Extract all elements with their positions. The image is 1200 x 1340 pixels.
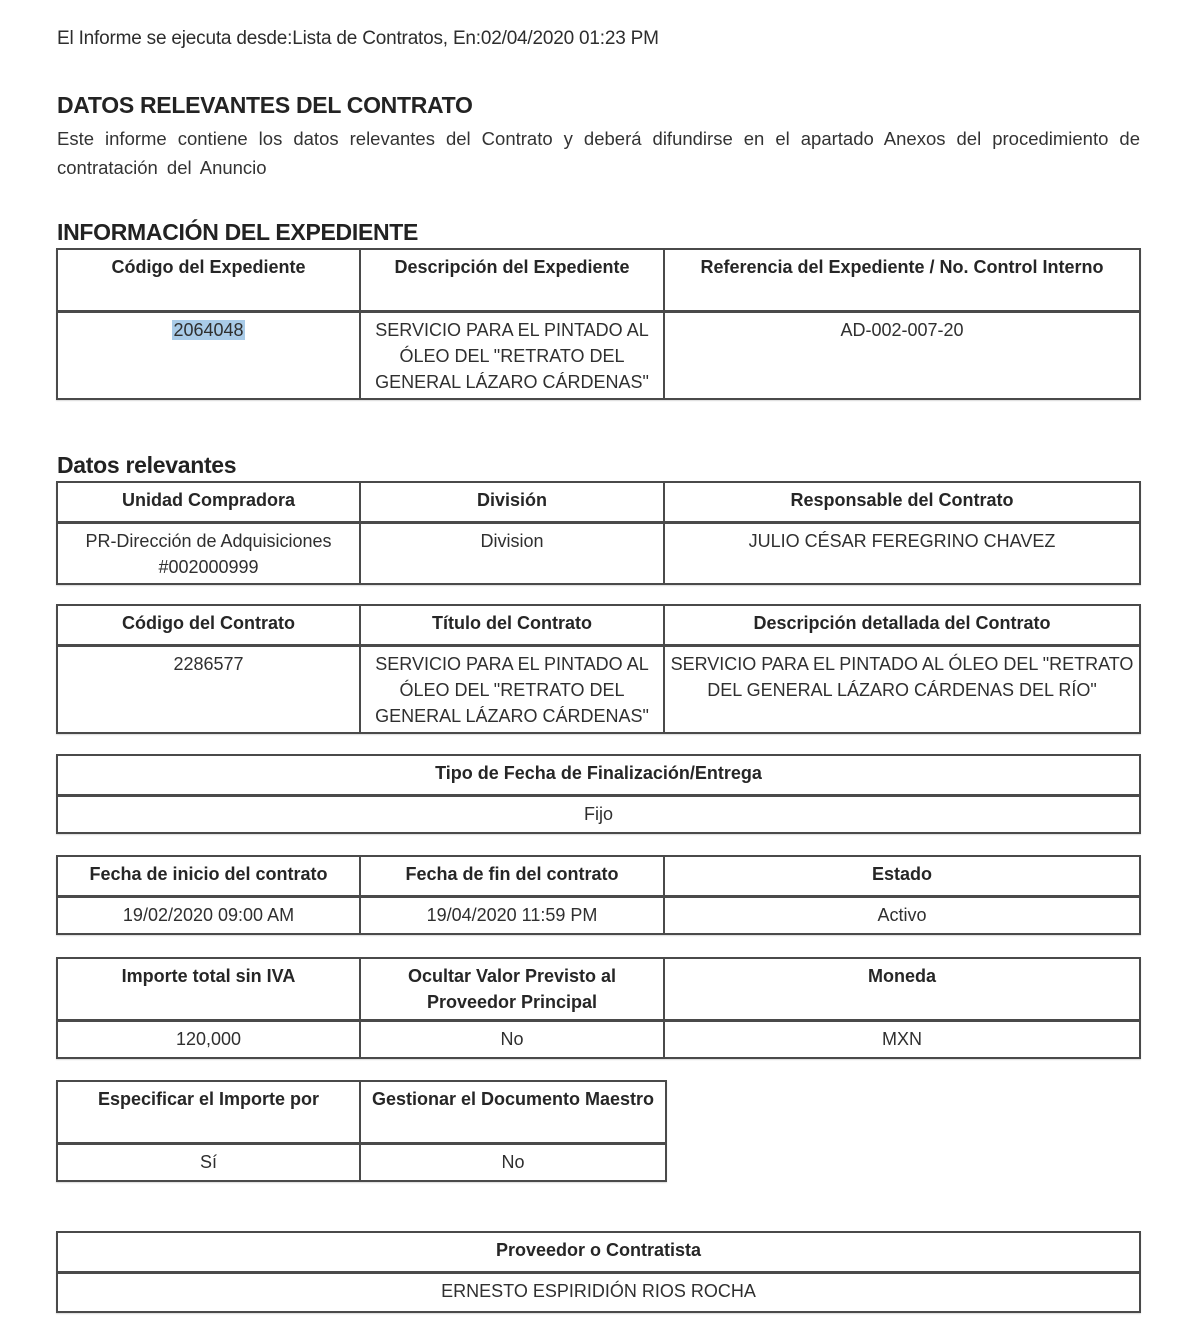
cell-unidad-compradora: PR-Dirección de Adquisiciones #002000999: [57, 522, 360, 584]
document-title: DATOS RELEVANTES DEL CONTRATO: [57, 92, 473, 119]
cell-descripcion-contrato: SERVICIO PARA EL PINTADO AL ÓLEO DEL "RE…: [664, 645, 1140, 733]
header-descripcion-contrato: Descripción detallada del Contrato: [664, 605, 1140, 645]
section-title-expediente: INFORMACIÓN DEL EXPEDIENTE: [57, 219, 418, 246]
header-codigo-expediente: Código del Expediente: [57, 249, 360, 311]
header-importe-total: Importe total sin IVA: [57, 958, 360, 1020]
cell-proveedor: ERNESTO ESPIRIDIÓN RIOS ROCHA: [57, 1272, 1140, 1312]
expediente-table: Código del Expediente Descripción del Ex…: [56, 248, 1141, 400]
header-division: División: [360, 482, 664, 522]
header-tipo-fecha: Tipo de Fecha de Finalización/Entrega: [57, 755, 1140, 795]
cell-division: Division: [360, 522, 664, 584]
cell-moneda: MXN: [664, 1020, 1140, 1058]
header-moneda: Moneda: [664, 958, 1140, 1020]
selected-text-highlight[interactable]: 2064048: [172, 320, 244, 340]
cell-fecha-fin: 19/04/2020 11:59 PM: [360, 896, 664, 934]
cell-estado: Activo: [664, 896, 1140, 934]
header-titulo-contrato: Título del Contrato: [360, 605, 664, 645]
cell-importe-total: 120,000: [57, 1020, 360, 1058]
header-ocultar-valor: Ocultar Valor Previsto al Proveedor Prin…: [360, 958, 664, 1020]
header-responsable: Responsable del Contrato: [664, 482, 1140, 522]
cell-ocultar-valor: No: [360, 1020, 664, 1058]
unidad-table: Unidad Compradora División Responsable d…: [56, 481, 1141, 585]
cell-tipo-fecha: Fijo: [57, 795, 1140, 833]
cell-codigo-contrato: 2286577: [57, 645, 360, 733]
header-descripcion-expediente: Descripción del Expediente: [360, 249, 664, 311]
cell-responsable: JULIO CÉSAR FEREGRINO CHAVEZ: [664, 522, 1140, 584]
contrato-table: Código del Contrato Título del Contrato …: [56, 604, 1141, 734]
header-referencia-expediente: Referencia del Expediente / No. Control …: [664, 249, 1140, 311]
report-run-info: El Informe se ejecuta desde:Lista de Con…: [57, 28, 659, 50]
header-especificar-importe: Especificar el Importe por: [57, 1081, 360, 1143]
intro-paragraph: Este informe contiene los datos relevant…: [57, 124, 1140, 182]
especificar-table: Especificar el Importe por Gestionar el …: [56, 1080, 667, 1182]
fechas-table: Fecha de inicio del contrato Fecha de fi…: [56, 855, 1141, 935]
header-gestionar-documento: Gestionar el Documento Maestro: [360, 1081, 666, 1143]
importe-table: Importe total sin IVA Ocultar Valor Prev…: [56, 957, 1141, 1059]
header-fecha-inicio: Fecha de inicio del contrato: [57, 856, 360, 896]
header-fecha-fin: Fecha de fin del contrato: [360, 856, 664, 896]
tipo-fecha-table: Tipo de Fecha de Finalización/Entrega Fi…: [56, 754, 1141, 834]
cell-titulo-contrato: SERVICIO PARA EL PINTADO AL ÓLEO DEL "RE…: [360, 645, 664, 733]
cell-gestionar-documento: No: [360, 1143, 666, 1181]
header-unidad-compradora: Unidad Compradora: [57, 482, 360, 522]
header-codigo-contrato: Código del Contrato: [57, 605, 360, 645]
cell-fecha-inicio: 19/02/2020 09:00 AM: [57, 896, 360, 934]
cell-referencia-expediente: AD-002-007-20: [664, 311, 1140, 399]
cell-codigo-expediente[interactable]: 2064048: [57, 311, 360, 399]
section-title-datos-relevantes: Datos relevantes: [57, 452, 236, 479]
cell-especificar-importe: Sí: [57, 1143, 360, 1181]
cell-descripcion-expediente: SERVICIO PARA EL PINTADO AL ÓLEO DEL "RE…: [360, 311, 664, 399]
proveedor-table: Proveedor o Contratista ERNESTO ESPIRIDI…: [56, 1231, 1141, 1313]
header-proveedor: Proveedor o Contratista: [57, 1232, 1140, 1272]
header-estado: Estado: [664, 856, 1140, 896]
